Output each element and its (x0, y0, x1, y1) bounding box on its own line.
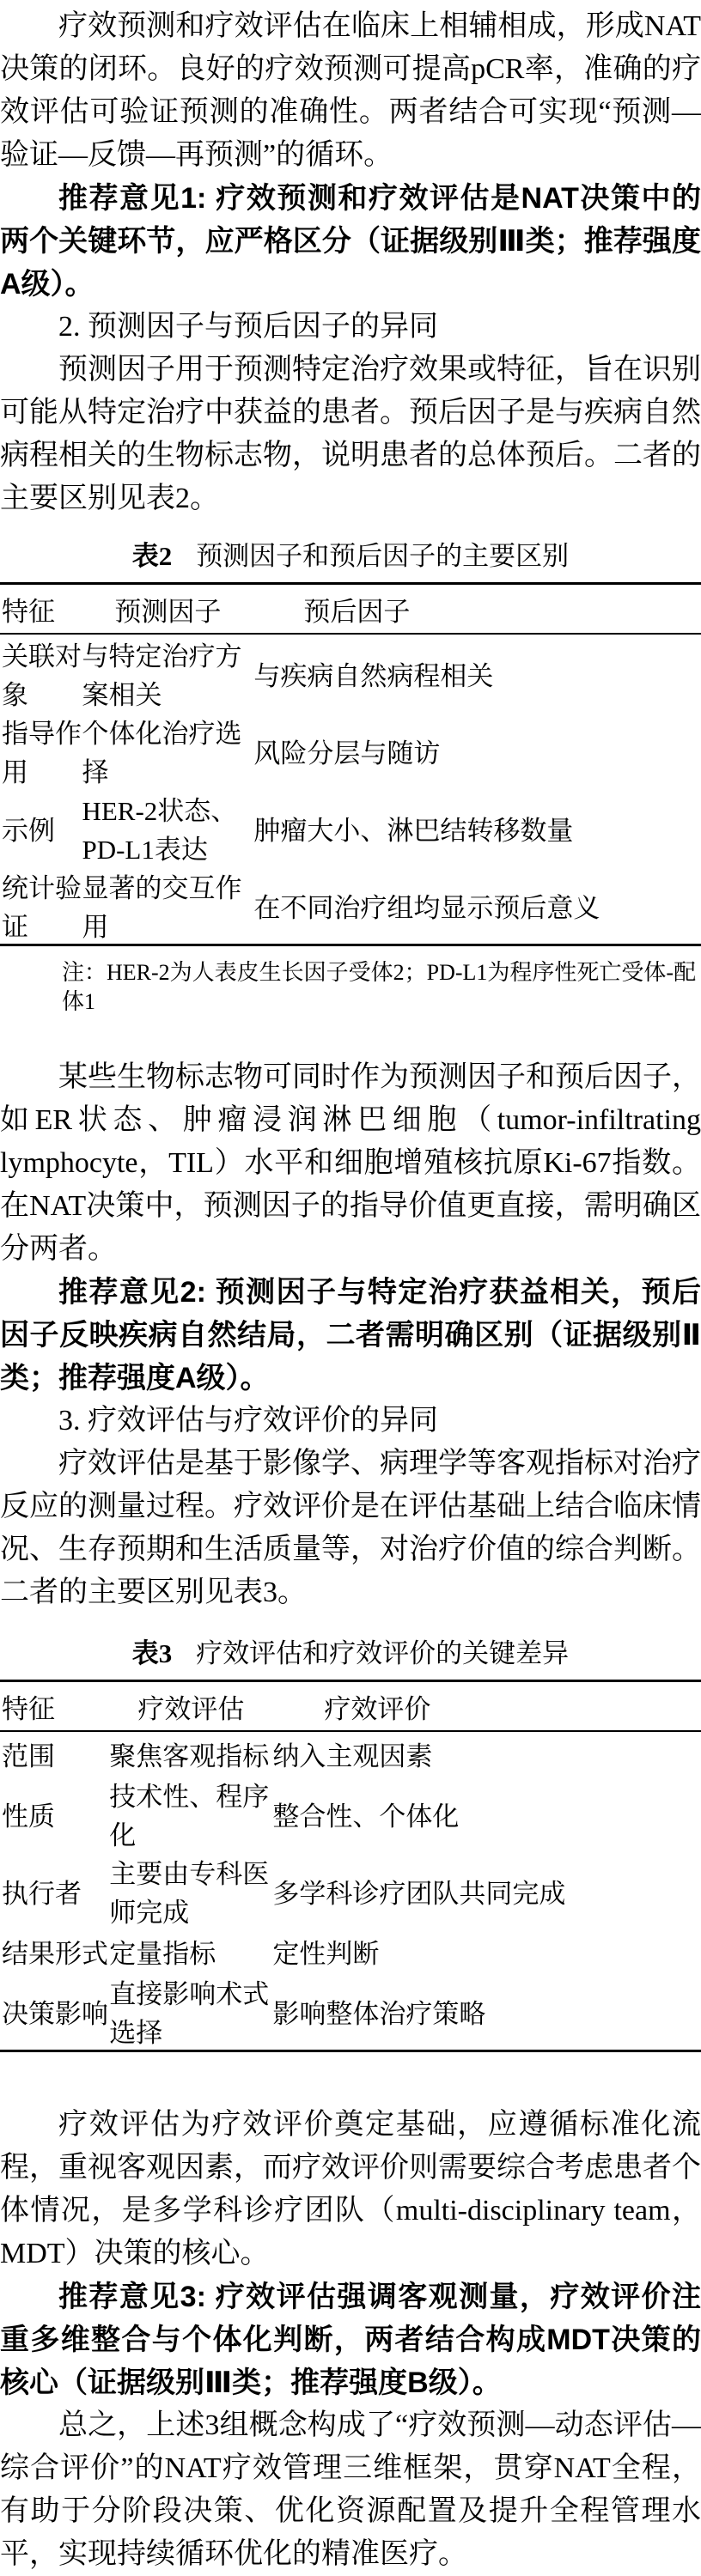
table-row: 范围 聚焦客观指标 纳入主观因素 (0, 1731, 701, 1775)
table-cell: 显著的交互作用 (82, 866, 253, 945)
table-cell: 执行者 (0, 1852, 109, 1929)
table-row: 关联对象 与特定治疗方案相关 与疾病自然病程相关 (0, 634, 701, 712)
table2-footnote: 注：HER-2为人表皮生长因子受体2；PD-L1为程序性死亡受体-配体1 (0, 946, 701, 1022)
table-cell: HER-2状态、PD-L1表达 (82, 789, 253, 866)
recommendation-2: 推荐意见2: 预测因子与特定治疗获益相关，预后因子反映疾病自然结局，二者需明确区… (0, 1271, 701, 1400)
table3-wrapper: 特征 疗效评估 疗效评价 范围 聚焦客观指标 纳入主观因素 性质 技术性、程序化… (0, 1680, 701, 2052)
table-row: 指导作用 个体化治疗选择 风险分层与随访 (0, 712, 701, 789)
table-cell: 定性判断 (272, 1929, 701, 1972)
table-row: 性质 技术性、程序化 整合性、个体化 (0, 1775, 701, 1852)
table3-caption: 表3疗效评估和疗效评价的关键差异 (0, 1635, 701, 1673)
paragraph-predictive-vs-prognostic: 预测因子用于预测特定治疗效果或特征，旨在识别可能从特定治疗中获益的患者。预后因子… (0, 349, 701, 520)
table2-header-feature: 特征 (0, 584, 82, 635)
section-heading-3: 3. 疗效评估与疗效评价的异同 (0, 1400, 701, 1443)
table3-header-evaluation: 疗效评价 (272, 1681, 701, 1732)
table-cell: 性质 (0, 1775, 109, 1852)
table-row: 示例 HER-2状态、PD-L1表达 肿瘤大小、淋巴结转移数量 (0, 789, 701, 866)
document-page: 疗效预测和疗效评估在临床上相辅相成，形成NAT决策的闭环。良好的疗效预测可提高p… (0, 0, 701, 2576)
table3-header-feature: 特征 (0, 1681, 109, 1732)
table2-caption: 表2预测因子和预后因子的主要区别 (0, 538, 701, 575)
table-cell: 聚焦客观指标 (109, 1731, 272, 1775)
table-cell: 指导作用 (0, 712, 82, 789)
table2: 特征 预测因子 预后因子 关联对象 与特定治疗方案相关 与疾病自然病程相关 指导… (0, 582, 701, 946)
table-row: 决策影响 直接影响术式选择 影响整体治疗策略 (0, 1972, 701, 2051)
table-cell: 决策影响 (0, 1972, 109, 2051)
table-cell: 主要由专科医师完成 (109, 1852, 272, 1929)
table3-caption-title: 疗效评估和疗效评价的关键差异 (196, 1638, 569, 1668)
table2-caption-label: 表2 (132, 541, 173, 571)
table-cell: 范围 (0, 1731, 109, 1775)
table-cell: 个体化治疗选择 (82, 712, 253, 789)
table-cell: 纳入主观因素 (272, 1731, 701, 1775)
table2-header-row: 特征 预测因子 预后因子 (0, 584, 701, 635)
table-cell: 与特定治疗方案相关 (82, 634, 253, 712)
paragraph-foundation: 疗效评估为疗效评价奠定基础，应遵循标准化流程，重视客观因素，而疗效评价则需要综合… (0, 2104, 701, 2275)
table2-header-predictive: 预测因子 (82, 584, 253, 635)
table-row: 结果形式 定量指标 定性判断 (0, 1929, 701, 1972)
recommendation-3: 推荐意见3: 疗效评估强调客观测量，疗效评价注重多维整合与个体化判断，两者结合构… (0, 2275, 701, 2404)
table-cell: 示例 (0, 789, 82, 866)
paragraph-assessment-vs-evaluation: 疗效评估是基于影像学、病理学等客观指标对治疗反应的测量过程。疗效评价是在评估基础… (0, 1443, 701, 1614)
table-cell: 影响整体治疗策略 (272, 1972, 701, 2051)
table-cell: 肿瘤大小、淋巴结转移数量 (253, 789, 701, 866)
paragraph-intro: 疗效预测和疗效评估在临床上相辅相成，形成NAT决策的闭环。良好的疗效预测可提高p… (0, 5, 701, 177)
table-cell: 与疾病自然病程相关 (253, 634, 701, 712)
table-cell: 结果形式 (0, 1929, 109, 1972)
table3-header-row: 特征 疗效评估 疗效评价 (0, 1681, 701, 1732)
table-cell: 技术性、程序化 (109, 1775, 272, 1852)
table2-caption-title: 预测因子和预后因子的主要区别 (196, 541, 569, 571)
recommendation-1: 推荐意见1: 疗效预测和疗效评估是NAT决策中的两个关键环节，应严格区分（证据级… (0, 177, 701, 306)
table3: 特征 疗效评估 疗效评价 范围 聚焦客观指标 纳入主观因素 性质 技术性、程序化… (0, 1680, 701, 2052)
table-cell: 风险分层与随访 (253, 712, 701, 789)
table-cell: 整合性、个体化 (272, 1775, 701, 1852)
table-row: 执行者 主要由专科医师完成 多学科诊疗团队共同完成 (0, 1852, 701, 1929)
table3-caption-label: 表3 (132, 1638, 173, 1668)
table-cell: 统计验证 (0, 866, 82, 945)
paragraph-biomarkers: 某些生物标志物可同时作为预测因子和预后因子，如ER状态、肿瘤浸润淋巴细胞（tum… (0, 1056, 701, 1271)
table-cell: 定量指标 (109, 1929, 272, 1972)
table-cell: 在不同治疗组均显示预后意义 (253, 866, 701, 945)
table-cell: 多学科诊疗团队共同完成 (272, 1852, 701, 1929)
table2-header-prognostic: 预后因子 (253, 584, 701, 635)
section-heading-2: 2. 预测因子与预后因子的异同 (0, 306, 701, 349)
paragraph-conclusion: 总之，上述3组概念构成了“疗效预测—动态评估—综合评价”的NAT疗效管理三维框架… (0, 2404, 701, 2576)
table-cell: 直接影响术式选择 (109, 1972, 272, 2051)
table-row: 统计验证 显著的交互作用 在不同治疗组均显示预后意义 (0, 866, 701, 945)
table-cell: 关联对象 (0, 634, 82, 712)
table3-header-assessment: 疗效评估 (109, 1681, 272, 1732)
